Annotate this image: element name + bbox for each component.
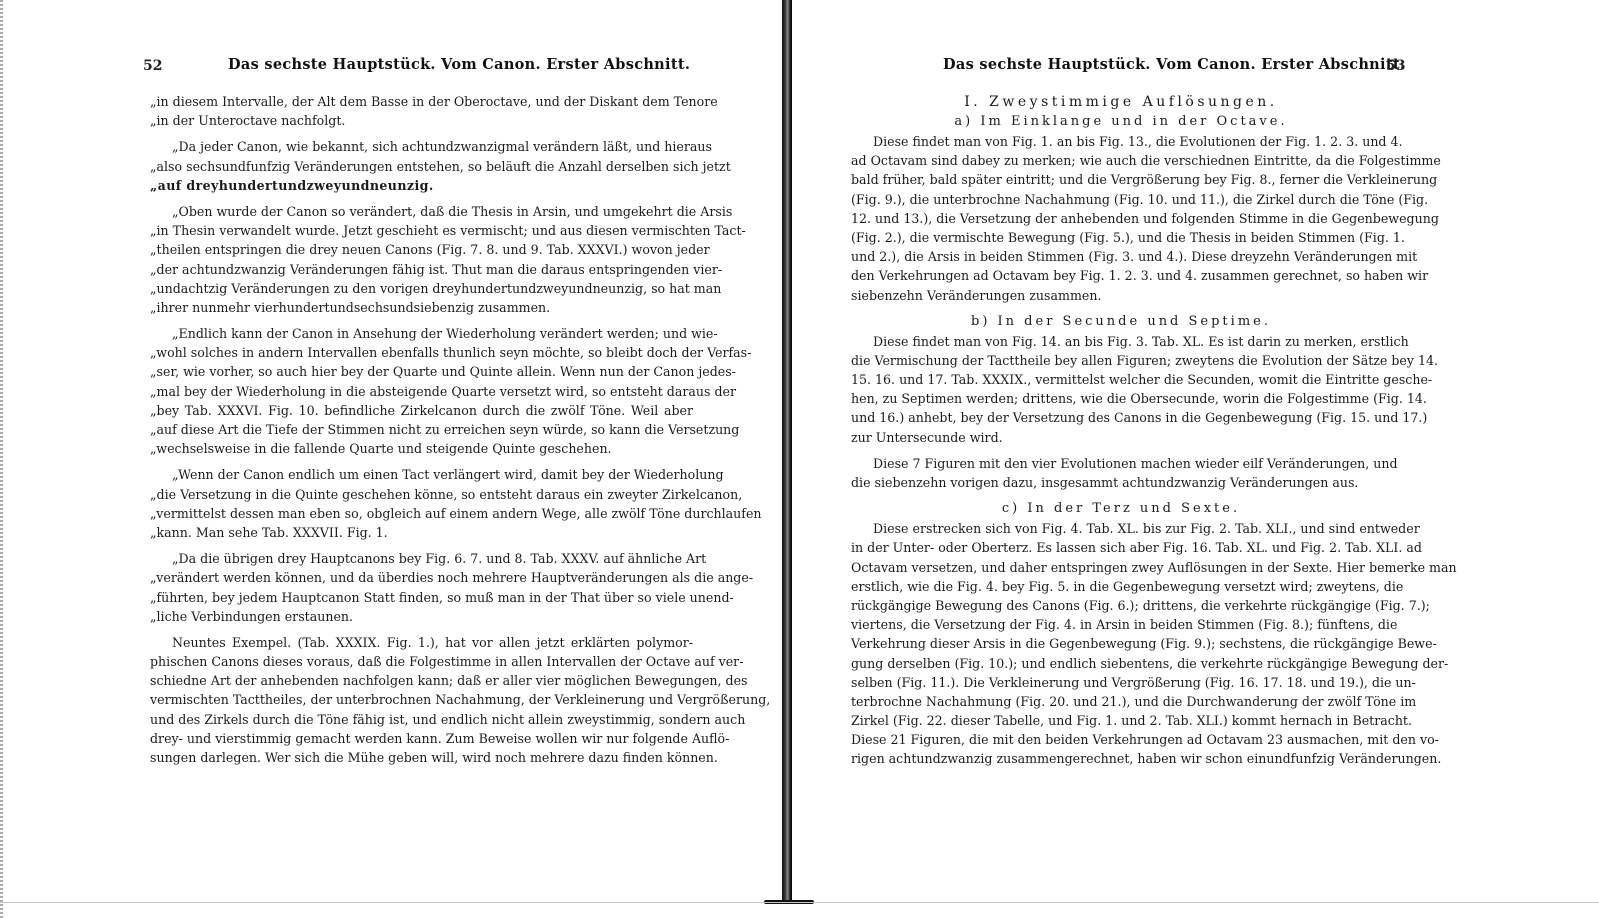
text-line: und 16.) anhebt, bey der Versetzung des … — [851, 408, 1391, 427]
text-line: siebenzehn Veränderungen zusammen. — [851, 286, 1391, 305]
left-text-block: „in diesem Intervalle, der Alt dem Basse… — [150, 92, 693, 767]
text-line: sungen darlegen. Wer sich die Mühe geben… — [150, 748, 693, 767]
text-line: „die Versetzung in die Quinte geschehen … — [150, 485, 693, 504]
text-line: selben (Fig. 11.). Die Verkleinerung und… — [851, 673, 1391, 692]
text-line: phischen Canons dieses voraus, daß die F… — [150, 652, 693, 671]
text-line: „ser, wie vorher, so auch hier bey der Q… — [150, 362, 693, 381]
text-line: Diese 21 Figuren, die mit den beiden Ver… — [851, 730, 1391, 749]
subsection-heading: b) In der Secunde und Septime. — [851, 312, 1391, 332]
page-number: 53 — [1386, 58, 1405, 74]
text-line: „bey Tab. XXXVI. Fig. 10. befindliche Zi… — [150, 401, 693, 420]
text-line: „in Thesin verwandelt wurde. Jetzt gesch… — [150, 221, 693, 240]
text-line: „also sechsundfunfzig Veränderungen ents… — [150, 157, 693, 176]
left-page: 52 Das sechste Hauptstück. Vom Canon. Er… — [0, 0, 782, 900]
text-line: rückgängige Bewegung des Canons (Fig. 6.… — [851, 596, 1391, 615]
text-line: schiedne Art der anhebenden nachfolgen k… — [150, 671, 693, 690]
text-line: Octavam versetzen, und daher entspringen… — [851, 558, 1391, 577]
text-line: Neuntes Exempel. (Tab. XXXIX. Fig. 1.), … — [150, 633, 693, 652]
text-line: „auf diese Art die Tiefe der Stimmen nic… — [150, 420, 693, 439]
text-line: zur Untersecunde wird. — [851, 428, 1391, 447]
text-line: ad Octavam sind dabey zu merken; wie auc… — [851, 151, 1391, 170]
text-line: „in diesem Intervalle, der Alt dem Basse… — [150, 92, 693, 111]
book-gutter — [782, 0, 792, 903]
text-line: erstlich, wie die Fig. 4. bey Fig. 5. in… — [851, 577, 1391, 596]
right-text-block: I. Zweystimmige Auflösungen. a) Im Einkl… — [851, 92, 1391, 769]
subsection-heading: c) In der Terz und Sexte. — [851, 499, 1391, 519]
text-line: „in der Unteroctave nachfolgt. — [150, 111, 693, 130]
text-line: „der achtundzwanzig Veränderungen fähig … — [150, 260, 693, 279]
text-line: „verändert werden können, und da überdie… — [150, 568, 693, 587]
text-line: „Wenn der Canon endlich um einen Tact ve… — [150, 465, 693, 484]
running-head: Das sechste Hauptstück. Vom Canon. Erste… — [228, 56, 690, 73]
text-line: und des Zirkels durch die Töne fähig ist… — [150, 710, 693, 729]
page-number: 52 — [143, 58, 162, 74]
text-line: „auf dreyhundertundzweyundneunzig. — [150, 176, 693, 195]
text-line: 15. 16. und 17. Tab. XXXIX., vermittelst… — [851, 370, 1391, 389]
text-line: „Da jeder Canon, wie bekannt, sich achtu… — [150, 137, 693, 156]
text-line: „wohl solches in andern Intervallen eben… — [150, 343, 693, 362]
text-line: terbrochne Nachahmung (Fig. 20. und 21.)… — [851, 692, 1391, 711]
text-line: und 2.), die Arsis in beiden Stimmen (Fi… — [851, 247, 1391, 266]
text-line: „mal bey der Wiederholung in die absteig… — [150, 382, 693, 401]
text-line: hen, zu Septimen werden; drittens, wie d… — [851, 389, 1391, 408]
right-page: Das sechste Hauptstück. Vom Canon. Erste… — [793, 0, 1599, 900]
text-line: den Verkehrungen ad Octavam bey Fig. 1. … — [851, 266, 1391, 285]
text-line: Verkehrung dieser Arsis in die Gegenbewe… — [851, 634, 1391, 653]
text-line: viertens, die Versetzung der Fig. 4. in … — [851, 615, 1391, 634]
bottom-page-edge — [0, 902, 1599, 903]
text-line: „ihrer nunmehr vierhundertundsechsundsie… — [150, 298, 693, 317]
text-line: „Endlich kann der Canon in Ansehung der … — [150, 324, 693, 343]
text-line: (Fig. 2.), die vermischte Bewegung (Fig.… — [851, 228, 1391, 247]
text-line: Zirkel (Fig. 22. dieser Tabelle, und Fig… — [851, 711, 1391, 730]
text-line: Diese 7 Figuren mit den vier Evolutionen… — [851, 454, 1391, 473]
text-line: die Vermischung der Tacttheile bey allen… — [851, 351, 1391, 370]
text-line: „führten, bey jedem Hauptcanon Statt fin… — [150, 588, 693, 607]
text-line: (Fig. 9.), die unterbrochne Nachahmung (… — [851, 190, 1391, 209]
text-line: Diese erstrecken sich von Fig. 4. Tab. X… — [851, 519, 1391, 538]
subsection-heading: a) Im Einklange und in der Octave. — [851, 112, 1391, 132]
text-line: rigen achtundzwanzig zusammengerechnet, … — [851, 749, 1391, 768]
text-line: „liche Verbindungen erstaunen. — [150, 607, 693, 626]
text-line: Diese findet man von Fig. 1. an bis Fig.… — [851, 132, 1391, 151]
running-head: Das sechste Hauptstück. Vom Canon. Erste… — [943, 56, 1405, 73]
text-line: 12. und 13.), die Versetzung der anheben… — [851, 209, 1391, 228]
text-line: „wechselsweise in die fallende Quarte un… — [150, 439, 693, 458]
text-line: gung derselben (Fig. 10.); und endlich s… — [851, 654, 1391, 673]
text-line: „undachtzig Veränderungen zu den vorigen… — [150, 279, 693, 298]
section-heading: I. Zweystimmige Auflösungen. — [851, 92, 1391, 112]
text-line: in der Unter- oder Oberterz. Es lassen s… — [851, 538, 1391, 557]
text-line: „vermittelst dessen man eben so, obgleic… — [150, 504, 693, 523]
text-line: „Oben wurde der Canon so verändert, daß … — [150, 202, 693, 221]
text-line: bald früher, bald später eintritt; und d… — [851, 170, 1391, 189]
text-line: Diese findet man von Fig. 14. an bis Fig… — [851, 332, 1391, 351]
text-line: „kann. Man sehe Tab. XXXVII. Fig. 1. — [150, 523, 693, 542]
text-line: „Da die übrigen drey Hauptcanons bey Fig… — [150, 549, 693, 568]
text-line: drey- und vierstimmig gemacht werden kan… — [150, 729, 693, 748]
text-line: die siebenzehn vorigen dazu, insgesammt … — [851, 473, 1391, 492]
text-line: vermischten Tacttheiles, der unterbrochn… — [150, 690, 693, 709]
text-line: „theilen entspringen die drey neuen Cano… — [150, 240, 693, 259]
